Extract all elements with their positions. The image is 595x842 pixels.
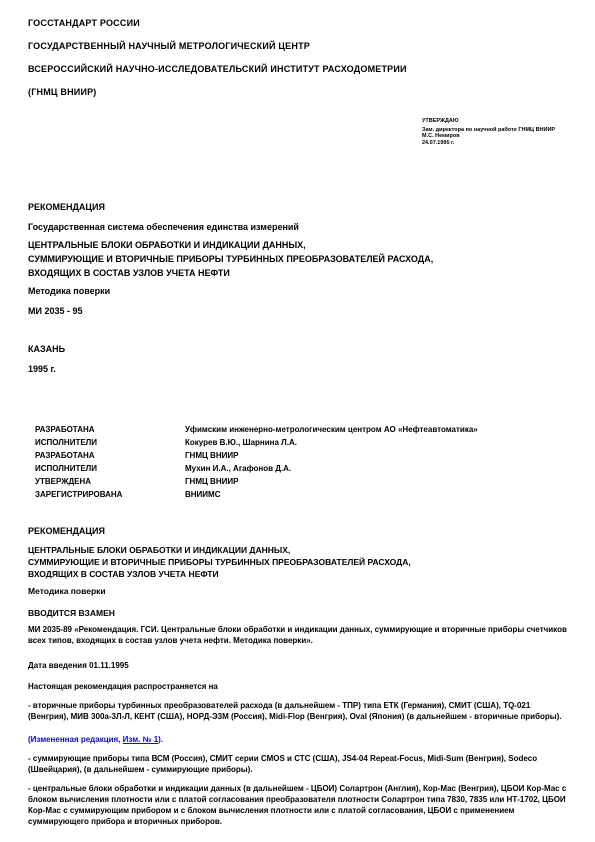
doc-kind: РЕКОМЕНДАЦИЯ: [28, 202, 567, 212]
scope-item-central-blocks: - центральные блоки обработки и индикаци…: [28, 783, 567, 827]
body-title-line-2: СУММИРУЮЩИЕ И ВТОРИЧНЫЕ ПРИБОРЫ ТУРБИННЫ…: [28, 556, 567, 568]
approval-date: 24.07.1995 г.: [422, 140, 572, 147]
org-line-abbrev: (ГНМЦ ВНИИР): [28, 87, 567, 97]
scope-intro: Настоящая рекомендация распространяется …: [28, 681, 567, 692]
scope-item-secondary-devices: - вторичные приборы турбинных преобразов…: [28, 700, 567, 722]
approval-title: УТВЕРЖДАЮ: [422, 118, 572, 125]
credit-value: Мухин И.А., Агафонов Д.А.: [185, 462, 567, 475]
credit-value: ГНМЦ ВНИИР: [185, 475, 567, 488]
amendment-suffix: ).: [158, 735, 163, 744]
credit-value: Кокурев В.Ю., Шарнина Л.А.: [185, 436, 567, 449]
doc-number: МИ 2035 - 95: [28, 306, 567, 316]
approval-block: УТВЕРЖДАЮ Зам. директора по научной рабо…: [422, 118, 572, 146]
doc-title-line-2: СУММИРУЮЩИЕ И ВТОРИЧНЫЕ ПРИБОРЫ ТУРБИННЫ…: [28, 252, 567, 266]
table-row: УТВЕРЖДЕНА ГНМЦ ВНИИР: [35, 475, 567, 488]
doc-title: ЦЕНТРАЛЬНЫЕ БЛОКИ ОБРАБОТКИ И ИНДИКАЦИИ …: [28, 238, 567, 280]
body-kind: РЕКОМЕНДАЦИЯ: [28, 526, 567, 536]
scope-item-summing-devices: - суммирующие приборы типа ВСМ (Россия),…: [28, 753, 567, 775]
table-row: ЗАРЕГИСТРИРОВАНА ВНИИМС: [35, 488, 567, 501]
body-title-line-1: ЦЕНТРАЛЬНЫЕ БЛОКИ ОБРАБОТКИ И ИНДИКАЦИИ …: [28, 544, 567, 556]
credit-label: ИСПОЛНИТЕЛИ: [35, 462, 185, 475]
amendment-link[interactable]: Изм. № 1: [123, 735, 158, 744]
replaced-document-paragraph: МИ 2035-89 «Рекомендация. ГСИ. Центральн…: [28, 624, 567, 646]
doc-city: КАЗАНЬ: [28, 344, 567, 354]
credit-value: ГНМЦ ВНИИР: [185, 449, 567, 462]
org-line-gosstandart: ГОССТАНДАРТ РОССИИ: [28, 18, 567, 28]
org-line-institute: ВСЕРОССИЙСКИЙ НАУЧНО-ИССЛЕДОВАТЕЛЬСКИЙ И…: [28, 64, 567, 74]
table-row: РАЗРАБОТАНА Уфимским инженерно-метрологи…: [35, 423, 567, 436]
doc-subtitle: Методика поверки: [28, 286, 567, 296]
credit-value: ВНИИМС: [185, 488, 567, 501]
org-header: ГОССТАНДАРТ РОССИИ ГОСУДАРСТВЕННЫЙ НАУЧН…: [28, 18, 567, 97]
table-row: ИСПОЛНИТЕЛИ Кокурев В.Ю., Шарнина Л.А.: [35, 436, 567, 449]
amendment-note: (Измененная редакция, Изм. № 1).: [28, 734, 567, 745]
credit-label: РАЗРАБОТАНА: [35, 423, 185, 436]
doc-title-line-3: ВХОДЯЩИХ В СОСТАВ УЗЛОВ УЧЕТА НЕФТИ: [28, 266, 567, 280]
amendment-prefix: (Измененная редакция,: [28, 735, 123, 744]
table-row: ИСПОЛНИТЕЛИ Мухин И.А., Агафонов Д.А.: [35, 462, 567, 475]
credit-label: РАЗРАБОТАНА: [35, 449, 185, 462]
credit-label: УТВЕРЖДЕНА: [35, 475, 185, 488]
gsi-system-line: Государственная система обеспечения един…: [28, 222, 567, 232]
body-title: ЦЕНТРАЛЬНЫЕ БЛОКИ ОБРАБОТКИ И ИНДИКАЦИИ …: [28, 544, 567, 580]
doc-year: 1995 г.: [28, 364, 567, 374]
credit-label: ИСПОЛНИТЕЛИ: [35, 436, 185, 449]
document-page: ГОССТАНДАРТ РОССИИ ГОСУДАРСТВЕННЫЙ НАУЧН…: [0, 0, 595, 842]
effective-date: Дата введения 01.11.1995: [28, 660, 567, 671]
doc-title-line-1: ЦЕНТРАЛЬНЫЕ БЛОКИ ОБРАБОТКИ И ИНДИКАЦИИ …: [28, 238, 567, 252]
credit-value: Уфимским инженерно-метрологическим центр…: [185, 423, 567, 436]
introduced-instead-label: ВВОДИТСЯ ВЗАМЕН: [28, 608, 567, 618]
body-subtitle: Методика поверки: [28, 586, 567, 596]
table-row: РАЗРАБОТАНА ГНМЦ ВНИИР: [35, 449, 567, 462]
org-line-center: ГОСУДАРСТВЕННЫЙ НАУЧНЫЙ МЕТРОЛОГИЧЕСКИЙ …: [28, 41, 567, 51]
body-title-line-3: ВХОДЯЩИХ В СОСТАВ УЗЛОВ УЧЕТА НЕФТИ: [28, 568, 567, 580]
credit-label: ЗАРЕГИСТРИРОВАНА: [35, 488, 185, 501]
credits-table: РАЗРАБОТАНА Уфимским инженерно-метрологи…: [35, 423, 567, 501]
